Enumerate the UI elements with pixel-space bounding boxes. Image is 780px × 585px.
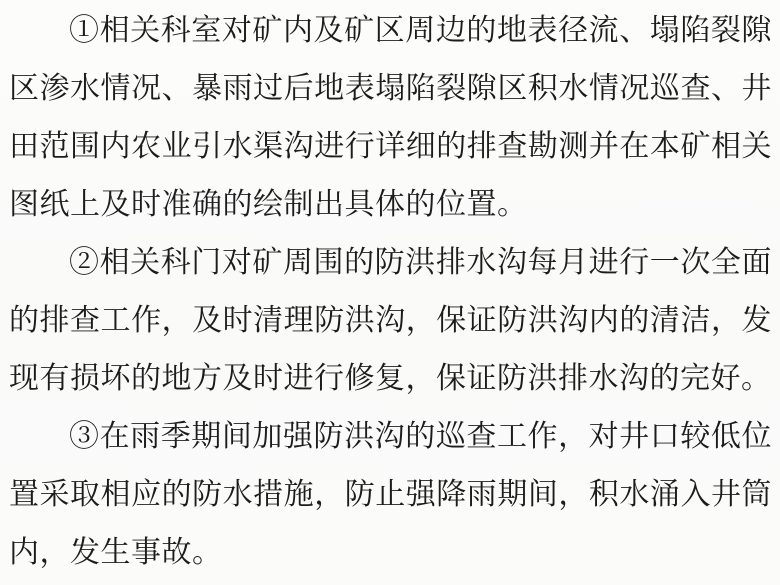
paragraph-3: ③在雨季期间加强防洪沟的巡查工作，对井口较低位置采取相应的防水措施，防止强降雨期… bbox=[9, 408, 772, 582]
document-page: ①相关科室对矿内及矿区周边的地表径流、塌陷裂隙区渗水情况、暴雨过后地表塌陷裂隙区… bbox=[0, 0, 780, 585]
paragraph-2: ②相关科门对矿周围的防洪排水沟每月进行一次全面的排查工作，及时清理防洪沟，保证防… bbox=[9, 234, 772, 408]
paragraph-1: ①相关科室对矿内及矿区周边的地表径流、塌陷裂隙区渗水情况、暴雨过后地表塌陷裂隙区… bbox=[9, 2, 772, 234]
